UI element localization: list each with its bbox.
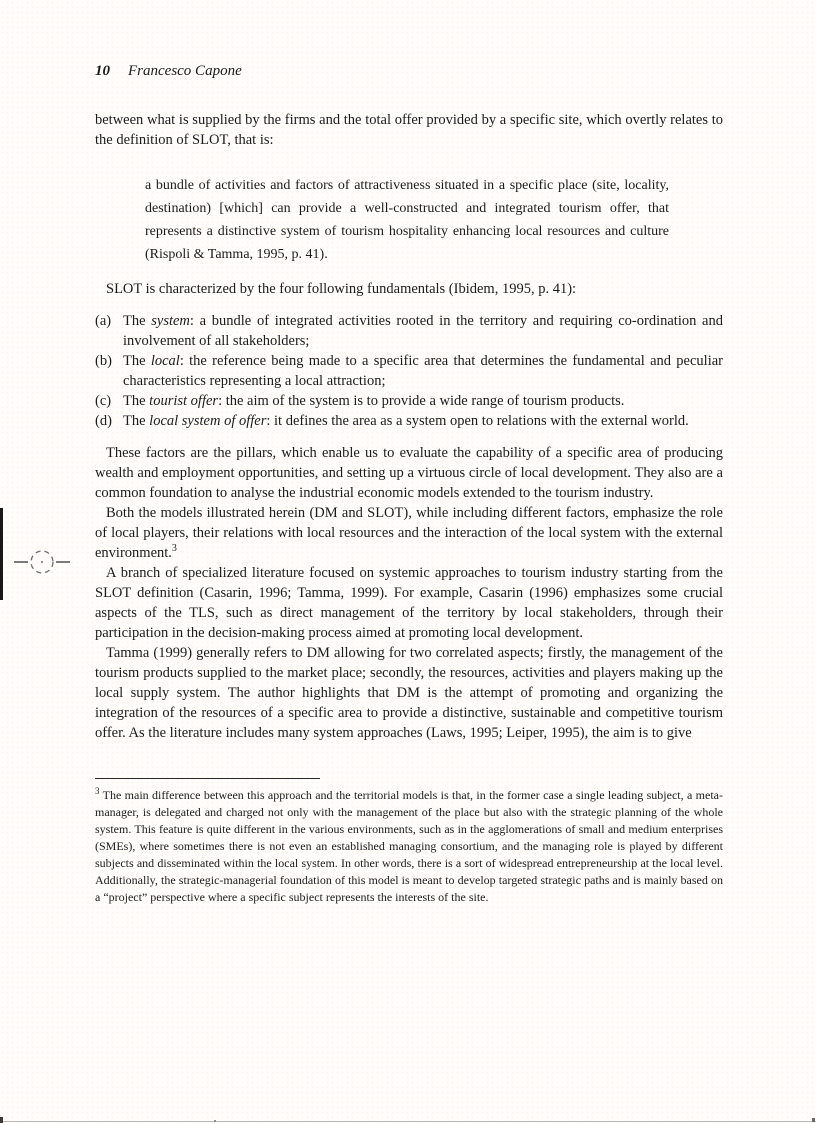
author-name: Francesco Capone [128, 62, 242, 80]
paragraph-models-text: Both the models illustrated herein (DM a… [95, 505, 723, 561]
paragraph-intro: between what is supplied by the firms an… [95, 110, 723, 150]
paragraph-models: Both the models illustrated herein (DM a… [95, 503, 723, 563]
page-number: 10 [95, 62, 110, 80]
footnote: 3 The main difference between this appro… [95, 787, 723, 906]
list-item-prefix: The [123, 353, 151, 369]
paragraph-slot-fundamentals: SLOT is characterized by the four follow… [95, 279, 723, 299]
scan-bottom-line [0, 1121, 816, 1122]
paragraph-branch: A branch of specialized literature focus… [95, 563, 723, 643]
list-item-c: (c)The tourist offer: the aim of the sys… [95, 391, 723, 411]
paragraph-pillars: These factors are the pillars, which ena… [95, 443, 723, 503]
page-content: 10 Francesco Capone between what is supp… [95, 62, 723, 906]
list-item-prefix: The [123, 393, 149, 409]
list-item-term: local [151, 353, 180, 369]
scanned-book-page: 10 Francesco Capone between what is supp… [0, 0, 816, 1123]
list-item-b: (b)The local: the reference being made t… [95, 351, 723, 391]
list-marker: (b) [95, 351, 112, 371]
running-header: 10 Francesco Capone [95, 62, 723, 80]
footnote-text: The main difference between this approac… [95, 788, 723, 904]
scan-edge-artifact [0, 508, 3, 600]
fundamentals-list: (a)The system: a bundle of integrated ac… [95, 311, 723, 431]
list-item-a: (a)The system: a bundle of integrated ac… [95, 311, 723, 351]
list-item-text: : the reference being made to a specific… [123, 353, 723, 389]
list-item-term: local system of offer [149, 413, 266, 429]
registration-mark-icon [13, 544, 71, 580]
list-item-d: (d)The local system of offer: it defines… [95, 411, 723, 431]
list-marker: (a) [95, 311, 111, 331]
list-item-term: system [151, 313, 190, 329]
scan-speck [0, 1117, 3, 1123]
list-marker: (c) [95, 391, 111, 411]
list-item-prefix: The [123, 413, 149, 429]
block-quote: a bundle of activities and factors of at… [145, 174, 669, 266]
list-item-term: tourist offer [149, 393, 218, 409]
list-item-text: : a bundle of integrated activities root… [123, 313, 723, 349]
paragraph-tamma: Tamma (1999) generally refers to DM allo… [95, 643, 723, 743]
footnote-reference: 3 [172, 543, 177, 554]
footnote-separator [95, 778, 320, 779]
list-marker: (d) [95, 411, 112, 431]
scan-speck [214, 1120, 216, 1122]
list-item-prefix: The [123, 313, 151, 329]
scan-speck [812, 1118, 815, 1122]
list-item-text: : the aim of the system is to provide a … [218, 393, 624, 409]
list-item-text: : it defines the area as a system open t… [266, 413, 688, 429]
